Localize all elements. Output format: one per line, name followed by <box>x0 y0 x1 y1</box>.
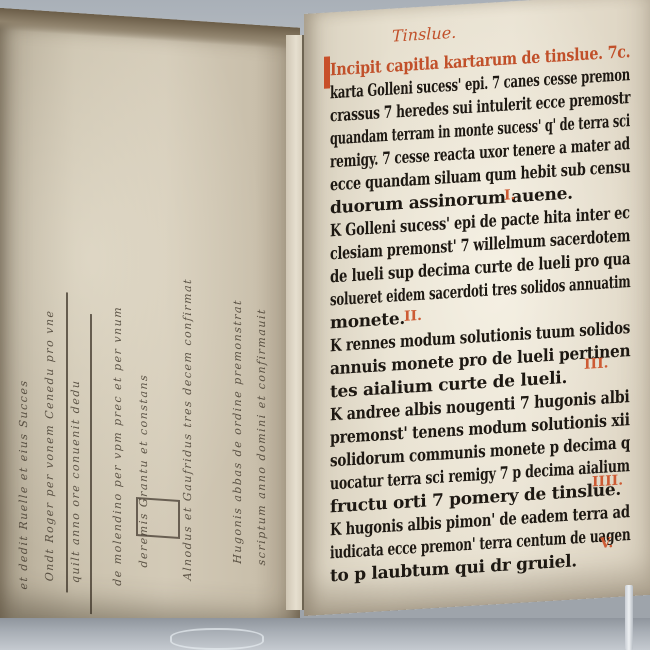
left-page: et dedit Ruelle et eius Succes Ondt Roge… <box>0 8 300 640</box>
cursive-column: quilt anno ore conuenit dedu <box>70 83 81 584</box>
cursive-column: Alnodus et Gaufridus tres decem confirma… <box>182 70 193 581</box>
cursive-column: et dedit Ruelle et eius Succes <box>18 49 29 590</box>
boxed-annotation <box>136 497 180 539</box>
text-line: monete. <box>330 309 405 334</box>
cursive-column: Ondt Roger per vonem Cenedu pro vne <box>44 41 55 582</box>
display-case-rim <box>170 628 264 650</box>
rubric-number: IIII. <box>592 472 623 490</box>
cursive-column: Hugonis abbas de ordine premonstrat <box>232 83 243 564</box>
ruled-margin-line <box>66 292 68 592</box>
rubric-number: I. <box>504 187 515 204</box>
cursive-column: scriptum anno domini et confirmauit <box>256 95 267 566</box>
cursive-column: de molendino per vpm prec et per vnum <box>112 85 123 586</box>
right-page: Tinslue. Incipit capitla kartarum de tin… <box>304 0 650 616</box>
display-case-base <box>0 618 650 650</box>
ruled-margin-line <box>90 314 92 614</box>
rubric-number: II. <box>404 308 422 325</box>
rubric-number: III. <box>584 355 609 373</box>
display-case-clip <box>625 585 633 650</box>
rubric-number: V. <box>600 535 613 552</box>
cursive-column: deremis Grantu et constans <box>138 87 149 568</box>
running-head: Tinslue. <box>392 23 456 46</box>
